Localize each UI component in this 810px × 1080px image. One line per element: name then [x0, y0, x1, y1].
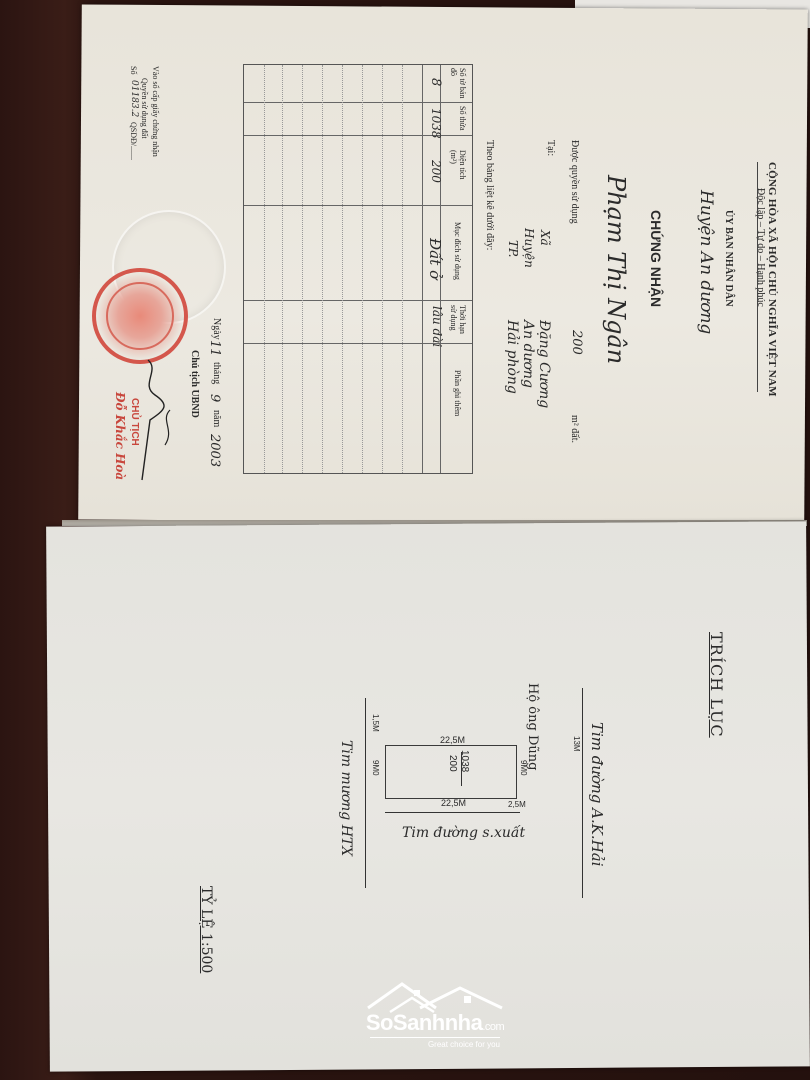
registry-line2: Quyền sử dụng đất — [140, 78, 149, 139]
table-header-map-sheet: Số tờ bản đồ — [449, 68, 467, 100]
table-header-purpose: Mục đích sử dụng — [453, 222, 462, 280]
registry-number: 01183.2 — [129, 80, 139, 117]
table-header-notes: Phần ghi thêm — [453, 370, 462, 416]
area-value: 200 — [569, 330, 584, 355]
registry-number-label: Số — [129, 66, 138, 74]
date-year: 2003 — [207, 434, 222, 467]
location-label: Tại: — [545, 140, 556, 156]
sosanhnha-watermark: SoSanhnha.com Great choice for you — [360, 978, 510, 1058]
location-city: Hải phòng — [504, 320, 520, 394]
road-line-bottom — [385, 812, 520, 813]
date-year-label: năm — [211, 410, 222, 427]
road-top-label: Tim đường A.K.Hải — [588, 722, 606, 867]
signer-name: Đỗ Khắc Hoà — [113, 392, 127, 480]
date-day: 11 — [207, 340, 222, 357]
header-rule — [757, 162, 758, 392]
watermark-tagline: Great choice for you — [370, 1037, 500, 1049]
registry-suffix: QSDĐ/....... — [129, 122, 138, 160]
dim-top-label: 22,5M — [440, 735, 465, 745]
country-header: CỘNG HÒA XÃ HỘI CHỦ NGHĨA VIỆT NAM — [766, 162, 778, 397]
certificate-title: CHỨNG NHẬN — [648, 210, 664, 307]
road-left-label: Tim mương HTX — [338, 740, 354, 856]
stamp-chairman-title: CHỦ TỊCH — [129, 398, 140, 446]
offset-top-label: 13M — [572, 736, 581, 752]
list-caption: Theo bảng liệt kê dưới đây: — [484, 140, 495, 250]
table-cell-duration: lâu dài — [430, 306, 444, 347]
usage-label: Được quyền sử dụng — [569, 140, 580, 224]
scale-label: TỶ LỆ 1:500 — [198, 886, 214, 973]
extract-title: TRÍCH LỤC — [707, 632, 726, 738]
dim-bottom-label: 22,5M — [441, 798, 466, 808]
table-cell-area: 200 — [429, 160, 443, 183]
table-cell-parcel-no: 1038 — [429, 108, 443, 139]
table-header-area: Diện tích (m²) — [449, 150, 467, 190]
parcel-fraction-bar — [461, 752, 462, 786]
parcel-plot — [385, 745, 517, 799]
neighbor-label: Hộ ông Dũng — [525, 683, 540, 770]
date-month-label: tháng — [211, 362, 222, 384]
location-district-prefix: Huyện — [522, 228, 536, 268]
date-prefix: Ngày — [211, 318, 222, 340]
location-commune: Đặng Cương — [536, 320, 552, 408]
authority-label: ỦY BAN NHÂN DÂN — [723, 210, 734, 307]
area-unit: m² đất. — [569, 415, 580, 443]
offset-left-label: 1,5M — [371, 714, 380, 732]
house-logo-icon — [360, 978, 510, 1018]
location-district: An dương — [520, 320, 536, 388]
canal-line — [365, 698, 366, 888]
dim-left-label: 9M0 — [371, 760, 380, 776]
location-city-prefix: TP. — [506, 240, 520, 257]
table-cell-map-sheet: 8 — [428, 78, 443, 86]
road-line-top — [582, 688, 583, 898]
parcel-area: 200 — [447, 755, 458, 772]
registry-line1: Vào sổ cấp giấy chứng nhận — [151, 66, 160, 157]
district-handwritten: Huyện An dương — [696, 190, 716, 334]
watermark-domain: .com — [482, 1021, 504, 1033]
signer-role: Chủ tịch UBND — [189, 350, 200, 418]
date-month: 9 — [207, 394, 222, 402]
dim-right-label: 9M0 — [519, 760, 528, 776]
location-commune-prefix: Xã — [538, 230, 552, 246]
road-bottom-label: Tim đường s.xuất — [402, 825, 525, 841]
offset-right-label: 2,5M — [508, 800, 526, 809]
table-header-duration: Thời hạn sử dụng — [449, 305, 467, 341]
holder-name: Phạm Thị Ngân — [602, 175, 630, 364]
table-header-parcel-no: Số thửa — [458, 106, 467, 134]
table-cell-purpose: Đất ở — [426, 238, 444, 279]
